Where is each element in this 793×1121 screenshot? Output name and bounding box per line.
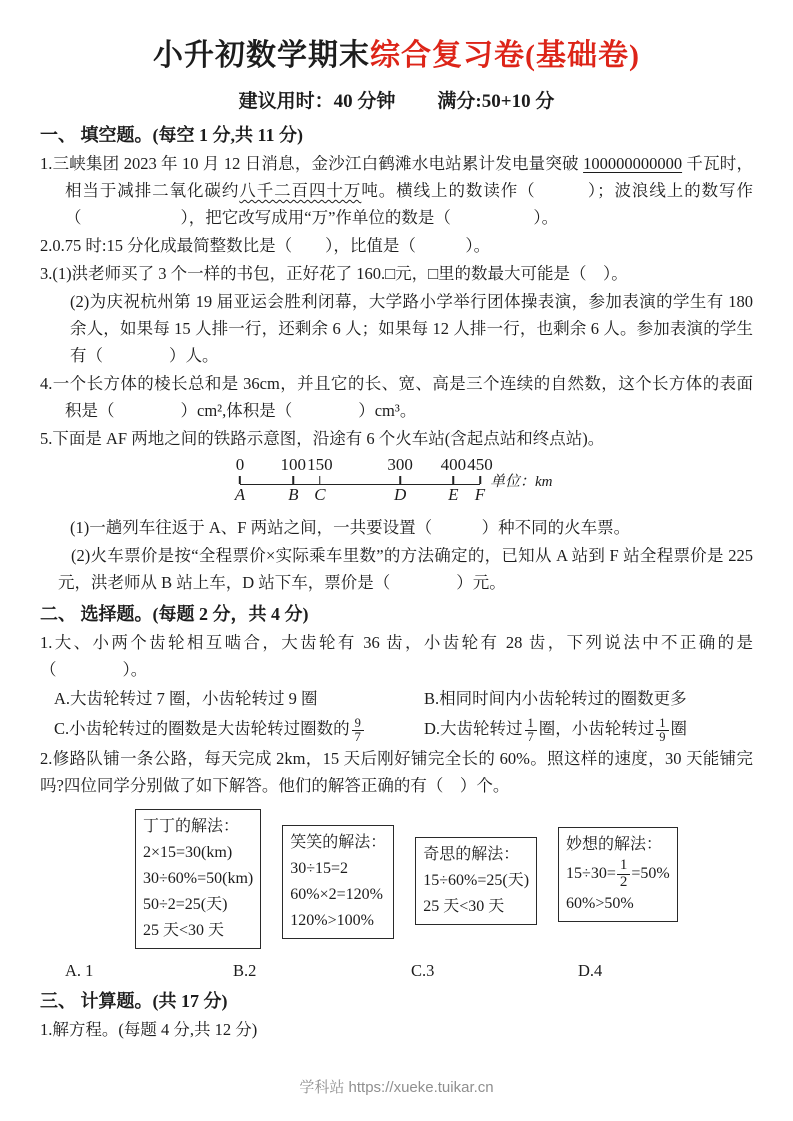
solution-title: 丁丁的解法： [143, 814, 253, 840]
solution-line: 25 天<30 天 [423, 894, 529, 920]
fraction-denominator: 7 [352, 731, 364, 744]
option-D-text-3: 圈 [671, 719, 688, 738]
question-3-part1: 3.(1)洪老师买了 3 个一样的书包，正好花了 160.□元，□里的数最大可能… [40, 260, 753, 287]
solution-line: 60%>50% [566, 891, 670, 917]
option-D-fraction-2: 19 [656, 717, 668, 744]
fraction-denominator: 7 [525, 731, 537, 744]
choice-question-1: 1.大、小两个齿轮相互啮合，大齿轮有 36 齿，小齿轮有 28 齿，下列说法中不… [40, 629, 753, 683]
railway-diagram: 0A 100B 150C 300D 400E 450F 单位：km [240, 454, 480, 512]
choice-1-options-row-1: A.大齿轮转过 7 圈，小齿轮转过 9 圈 B.相同时间内小齿轮转过的圈数更多 [40, 684, 753, 714]
solution-line: 15÷60%=25(天) [423, 868, 529, 894]
question-3-part2: (2)为庆祝杭州第 19 届亚运会胜利闭幕，大学路小学举行团体操表演，参加表演的… [70, 288, 753, 369]
solution-title: 笑笑的解法： [290, 830, 386, 856]
station-A: 0A [235, 454, 245, 506]
option-D: D.大齿轮转过17圈，小齿轮转过19圈 [424, 714, 753, 744]
solution-line: 15÷30=12=50% [566, 858, 670, 891]
section-3-heading: 三、 计算题。(共 17 分) [40, 987, 753, 1013]
q1-underlined-number: 100000000000 [583, 154, 682, 173]
solution-line-part-2: =50% [631, 865, 669, 882]
station-A-tick [239, 476, 241, 484]
q1-wavy-number: 八千二百四十万 [239, 181, 361, 200]
solution-line: 120%>100% [290, 908, 386, 934]
solution-box-xiaoxiao: 笑笑的解法： 30÷15=2 60%×2=120% 120%>100% [282, 825, 394, 939]
station-C: 150C [307, 454, 333, 506]
exam-meta: 建议用时：40 分钟满分:50+10 分 [40, 86, 753, 113]
question-5: 5.下面是 AF 两地之间的铁路示意图，沿途有 6 个火车站(含起点站和终点站)… [40, 425, 753, 452]
answer-A: A. 1 [65, 961, 233, 981]
station-B-km: 100 [281, 454, 307, 476]
railway-unit-label: 单位：km [490, 470, 590, 491]
fraction-numerator: 9 [352, 717, 364, 731]
page-title: 小升初数学期末综合复习卷(基础卷) [40, 30, 753, 74]
station-D-km: 300 [387, 454, 413, 476]
fraction-denominator: 2 [617, 875, 631, 891]
station-F-km: 450 [467, 454, 493, 476]
question-5-part2: (2)火车票价是按“全程票价×实际乘车里数”的方法确定的，已知从 A 站到 F … [40, 542, 753, 596]
station-E-km: 400 [441, 454, 467, 476]
solution-line: 2×15=30(km) [143, 840, 253, 866]
station-B-tick [293, 476, 295, 484]
option-C: C.小齿轮转过的圈数是大齿轮转过圈数的97 [54, 714, 424, 744]
title-red: 综合复习卷(基础卷) [370, 39, 640, 72]
solution-boxes: 丁丁的解法： 2×15=30(km) 30÷60%=50(km) 50÷2=25… [135, 809, 753, 949]
station-F: 450F [467, 454, 493, 506]
station-C-km: 150 [307, 454, 333, 476]
station-E-name: E [441, 484, 467, 506]
station-B-name: B [281, 484, 307, 506]
solution-title: 妙想的解法： [566, 832, 670, 858]
exam-page: 小升初数学期末综合复习卷(基础卷) 建议用时：40 分钟满分:50+10 分 一… [0, 0, 793, 1043]
solution-line-part-1: 15÷30= [566, 865, 616, 882]
score-label: 满分:50+10 分 [437, 91, 554, 112]
station-A-name: A [235, 484, 245, 506]
choice-question-2: 2.修路队铺一条公路，每天完成 2km，15 天后刚好铺完全长的 60%。照这样… [40, 745, 753, 799]
station-D-name: D [387, 484, 413, 506]
station-C-tick [319, 476, 321, 484]
solution-line: 25 天<30 天 [143, 918, 253, 944]
solution-box-qisi: 奇思的解法： 15÷60%=25(天) 25 天<30 天 [415, 837, 537, 925]
fraction-numerator: 1 [525, 717, 537, 731]
answer-D: D.4 [578, 961, 602, 981]
solution-line: 30÷60%=50(km) [143, 866, 253, 892]
station-D-tick [399, 476, 401, 484]
choice-1-options-row-2: C.小齿轮转过的圈数是大齿轮转过圈数的97 D.大齿轮转过17圈，小齿轮转过19… [40, 714, 753, 744]
question-5-part1: (1)一趟列车往返于 A、F 两站之间，一共要设置（ ）种不同的火车票。 [70, 514, 753, 541]
fraction-numerator: 1 [656, 717, 668, 731]
answer-C: C.3 [411, 961, 578, 981]
solution-box-dingding: 丁丁的解法： 2×15=30(km) 30÷60%=50(km) 50÷2=25… [135, 809, 261, 949]
station-F-tick [479, 476, 481, 484]
station-F-name: F [467, 484, 493, 506]
q1-text-1: 1.三峡集团 2023 年 10 月 12 日消息，金沙江白鹤滩水电站累计发电量… [40, 154, 583, 173]
solution-box-miaoxiang: 妙想的解法： 15÷30=12=50% 60%>50% [558, 827, 678, 922]
option-B: B.相同时间内小齿轮转过的圈数更多 [424, 684, 753, 714]
watermark-site-url: 学科站 https://xueke.tuikar.cn [0, 1076, 793, 1097]
fraction-denominator: 9 [656, 731, 668, 744]
station-B: 100B [281, 454, 307, 506]
station-A-km: 0 [235, 454, 245, 476]
section-1-heading: 一、 填空题。(每空 1 分,共 11 分) [40, 121, 753, 147]
answer-B: B.2 [233, 961, 411, 981]
choice-2-answers-row: A. 1 B.2 C.3 D.4 [40, 961, 753, 981]
question-1: 1.三峡集团 2023 年 10 月 12 日消息，金沙江白鹤滩水电站累计发电量… [40, 150, 753, 231]
title-black: 小升初数学期末 [153, 39, 370, 72]
time-label: 建议用时：40 分钟 [239, 91, 396, 112]
station-C-name: C [307, 484, 333, 506]
solution-line: 60%×2=120% [290, 882, 386, 908]
option-A: A.大齿轮转过 7 圈，小齿轮转过 9 圈 [54, 684, 424, 714]
section-2-heading: 二、 选择题。(每题 2 分，共 4 分) [40, 600, 753, 626]
option-C-text: C.小齿轮转过的圈数是大齿轮转过圈数的 [54, 719, 350, 738]
option-D-text-1: D.大齿轮转过 [424, 719, 523, 738]
station-D: 300D [387, 454, 413, 506]
solution-line: 30÷15=2 [290, 856, 386, 882]
solution-line: 50÷2=25(天) [143, 892, 253, 918]
question-2: 2.0.75 时:15 分化成最简整数比是（ ），比值是（ ）。 [40, 232, 753, 259]
solution-title: 奇思的解法： [423, 842, 529, 868]
fraction-numerator: 1 [617, 858, 631, 875]
station-E: 400E [441, 454, 467, 506]
station-E-tick [453, 476, 455, 484]
calc-sub-question-1: 1.解方程。(每题 4 分,共 12 分) [40, 1016, 753, 1043]
option-C-fraction: 97 [352, 717, 364, 744]
question-4: 4.一个长方体的棱长总和是 36cm，并且它的长、宽、高是三个连续的自然数，这个… [40, 370, 753, 424]
option-D-text-2: 圈，小齿轮转过 [539, 719, 655, 738]
solution-fraction: 12 [617, 858, 631, 891]
option-D-fraction-1: 17 [525, 717, 537, 744]
